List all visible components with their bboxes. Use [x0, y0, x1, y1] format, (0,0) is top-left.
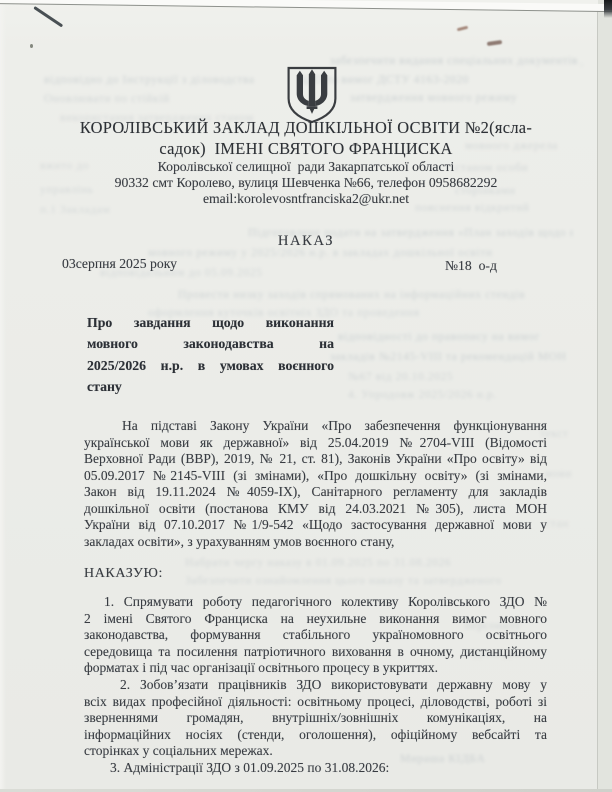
order-items: 1. Спрямувати роботу педагогічного колек… — [84, 594, 547, 777]
pen-dot — [30, 44, 33, 48]
scan-right-margin — [598, 0, 612, 792]
order-item-3: 3. Адміністрації ЗДО з 01.09.2025 по 31.… — [84, 760, 547, 777]
page-right-edge — [597, 6, 598, 792]
org-contact-block: Королівської селищної ради Закарпатської… — [0, 159, 612, 207]
order-date: 03серпня 2025 року — [62, 256, 177, 272]
order-number: №18 о-д — [445, 258, 497, 274]
email-line: email:korolevosntfranciska2@ukr.net — [0, 191, 612, 207]
order-preamble: На підставі Закону України «Про забезпеч… — [84, 418, 547, 550]
order-item-2: 2. Зобов’язати працівників ЗДО використо… — [84, 677, 547, 760]
order-item-1: 1. Спрямувати роботу педагогічного колек… — [84, 594, 547, 677]
document-content: КОРОЛІВСЬКИЙ ЗАКЛАД ДОШКІЛЬНОЇ ОСВІТИ №2… — [0, 0, 612, 792]
order-subject: Про завдання щодо виконаннямовного закон… — [87, 312, 334, 398]
council-line: Королівської селищної ради Закарпатської… — [0, 159, 612, 175]
scan-corner-shadow — [604, 0, 612, 18]
scan-left-highlight — [0, 0, 6, 792]
org-name: КОРОЛІВСЬКИЙ ЗАКЛАД ДОШКІЛЬНОЇ ОСВІТИ №2… — [0, 118, 612, 160]
doc-type-heading: НАКАЗ — [0, 233, 612, 250]
directive-word: НАКАЗУЮ: — [84, 566, 163, 582]
scanned-order-page: забезпечити видання спеціальних документ… — [0, 0, 612, 792]
ukraine-trident-emblem — [285, 66, 339, 124]
address-line: 90332 смт Королево, вулиця Шевченка №66,… — [0, 175, 612, 191]
